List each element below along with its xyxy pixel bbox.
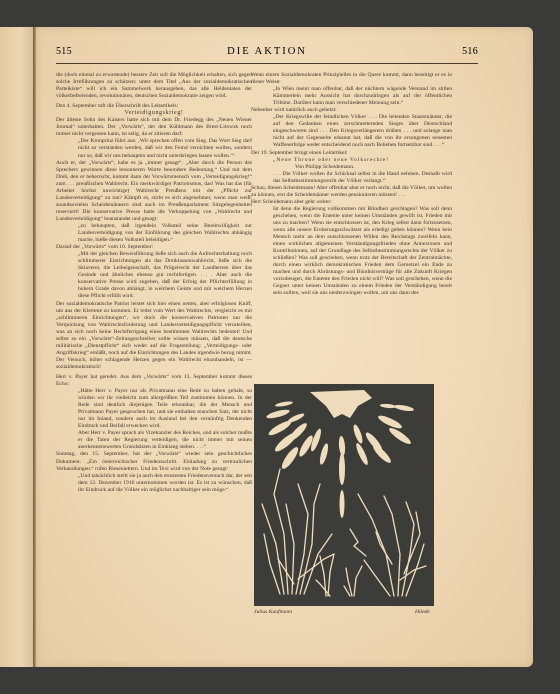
left-column: die (doch einmal zu erwartende) bessere … — [56, 72, 252, 494]
quote: „Mit der gleichen Beweisführung ließe si… — [56, 251, 252, 300]
journal-title: DIE AKTION — [56, 46, 478, 57]
quote: „Und tatsächlich stellt sie ja auch den … — [56, 473, 252, 494]
left-page-edge — [0, 27, 34, 667]
paragraph: Der sozialdemokratische Patriot leistet … — [56, 301, 252, 371]
artist-caption: Julius Kaufmann — [254, 609, 292, 615]
page-number-right: 516 — [462, 46, 478, 57]
woodcut-illustration — [254, 384, 434, 606]
sun-and-grass-icon — [254, 384, 434, 606]
paragraph: Wenn einem Sozialdemokraten Prinzipielle… — [251, 72, 452, 86]
paragraph: Herr v. Payer hat geredet. Aus dem „Vorw… — [56, 374, 252, 388]
right-column: Wenn einem Sozialdemokraten Prinzipielle… — [251, 72, 452, 298]
paragraph: Den 4. September ruft die Überschrift de… — [56, 103, 252, 110]
quote: . . . Die Völker wollen ihr Schicksal se… — [251, 171, 452, 185]
paragraph: Sonntag, den 15. September, hat der „Vor… — [56, 451, 252, 472]
header-rule — [56, 63, 478, 64]
quote: „Der Kronprinz führt aus: ‚Wir sprechen … — [56, 138, 252, 159]
quote: „Hätte Herr v. Payer nur als Privatmann … — [56, 388, 252, 430]
paragraph: Der 19. September bringt einen Leitartik… — [251, 150, 452, 157]
running-header: 515 DIE AKTION 516 — [56, 46, 478, 62]
paragraph: Schau, diesen Scheidemann! Aber offenbar… — [251, 185, 452, 199]
paragraph: die (doch einmal zu erwartende) bessere … — [56, 72, 252, 100]
subheading: Verteidigungskrieg! — [56, 110, 252, 117]
paragraph: Herr Scheidemann aber geht weiter: — [251, 199, 452, 206]
quote-headline: „Neue Throne oder neue Volksrechte! — [251, 157, 452, 164]
artwork-title-caption: Hände — [415, 609, 430, 615]
quote: „Der Kriegswille der feindlichen Völker … — [251, 114, 452, 149]
paragraph: Auch er, der „Vorwärts“, habe es ja „imm… — [56, 160, 252, 223]
quote: „zu behaupten, daß irgendein Volksteil s… — [56, 223, 252, 244]
quote-byline: Von Philipp Scheidemann. — [251, 164, 452, 171]
quote: Aber Herr v. Payer sprach als Vizekanzle… — [56, 430, 252, 451]
paragraph: Der älteste Sohn des Kaisers hatte sich … — [56, 117, 252, 138]
quote: „In Wien meint man offenbar, daß der nüc… — [251, 86, 452, 107]
quote: Ist denn die Regierung vollkommen mit Bl… — [251, 206, 452, 298]
